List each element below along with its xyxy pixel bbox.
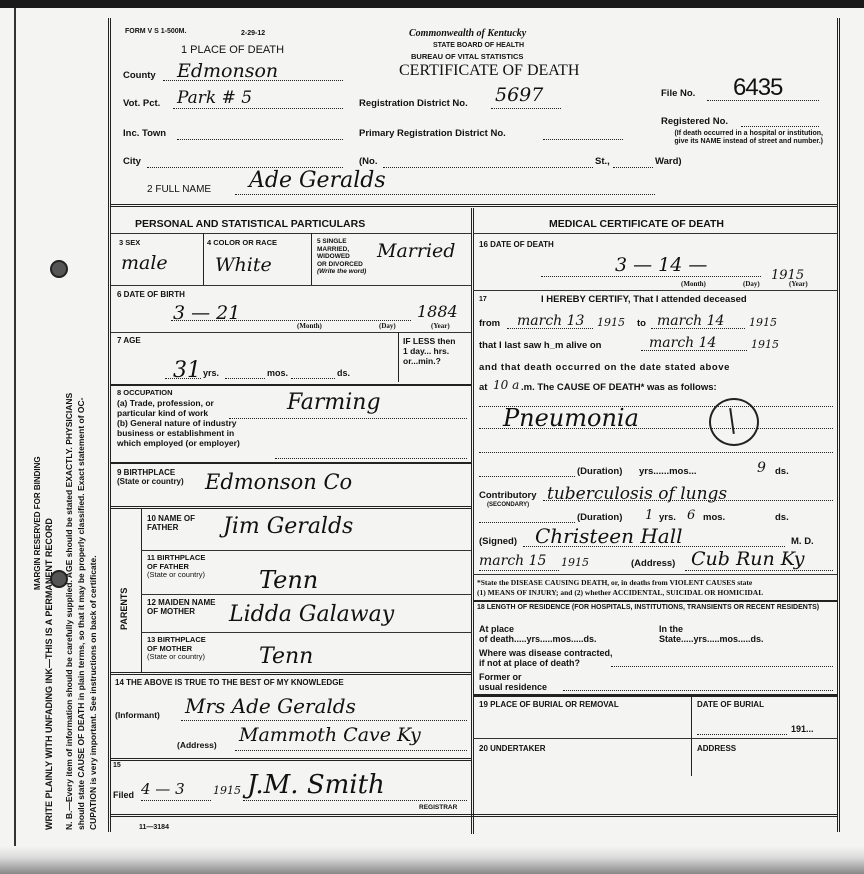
full-name-field[interactable]: Ade Geralds xyxy=(235,168,655,195)
divider xyxy=(141,550,471,551)
registration-district-field[interactable]: 5697 xyxy=(491,84,561,109)
divider xyxy=(111,384,471,386)
age-label: 7 AGE xyxy=(117,336,141,345)
occupation-a-line: particular kind of work xyxy=(117,408,240,418)
sex-label: 3 SEX xyxy=(119,238,140,247)
scan-page-edge xyxy=(14,8,16,848)
divider xyxy=(111,233,471,234)
filed-date-value: 4 — 3 xyxy=(141,780,185,798)
ds-label: ds. xyxy=(775,466,789,477)
margin-note-1: N. B.—Every item of information should b… xyxy=(64,393,75,830)
if-less-line: or...min.? xyxy=(403,356,455,366)
burial-date-field[interactable] xyxy=(697,726,787,735)
former-residence-field[interactable] xyxy=(563,682,833,691)
filed-number: 15 xyxy=(113,762,121,769)
at-place-label: At place of death.....yrs.....mos.....ds… xyxy=(479,624,597,644)
contributory-label: Contributory xyxy=(479,490,537,501)
label-line: (State or country) xyxy=(147,653,206,662)
mother-birthplace-label: 13 BIRTHPLACE OF MOTHER (State or countr… xyxy=(147,636,206,662)
street-label: St., xyxy=(595,156,610,167)
age-value: 31 xyxy=(173,358,201,383)
last-saw-value: march 14 xyxy=(649,335,716,351)
birthplace-sub: (State or country) xyxy=(117,477,184,486)
informant-field[interactable]: Mrs Ade Geralds xyxy=(181,694,467,721)
yrs-label: yrs. xyxy=(203,368,219,378)
full-name-label: 2 FULL NAME xyxy=(147,184,211,195)
footnote-line-1: *State the DISEASE CAUSING DEATH, or, in… xyxy=(477,578,752,587)
signed-year: 1915 xyxy=(561,556,589,569)
dod-label: 16 DATE OF DEATH xyxy=(479,240,554,249)
file-no-label: File No. xyxy=(661,88,695,99)
label-line: In the xyxy=(659,624,764,634)
year-caption: (Year) xyxy=(789,280,808,288)
label-line: FATHER xyxy=(147,523,195,532)
if-less-label: IF LESS then 1 day... hrs. or...min.? xyxy=(403,336,455,366)
label-line: (State or country) xyxy=(147,571,205,580)
county-label: County xyxy=(123,70,156,81)
label-line: OF MOTHER xyxy=(147,607,215,616)
duration-2-months[interactable]: 6 xyxy=(687,508,695,523)
file-no-value: 6435 xyxy=(733,74,782,101)
divider xyxy=(311,233,312,285)
divider xyxy=(111,672,471,675)
divider xyxy=(111,506,471,509)
marital-label-line: OR DIVORCED xyxy=(317,261,366,269)
yrs-label: yrs. xyxy=(659,512,676,523)
registered-no-label: Registered No. xyxy=(661,116,728,127)
physician-address-field[interactable]: Cub Run Ky xyxy=(685,548,833,571)
ds-label: ds. xyxy=(775,512,789,523)
informant-address-value: Mammoth Cave Ky xyxy=(239,724,421,746)
registration-district-value: 5697 xyxy=(495,84,543,106)
label-line: State.....yrs.....mos.....ds. xyxy=(659,634,764,644)
form-date: 2-29-12 xyxy=(241,30,265,37)
mother-name-label: 12 MAIDEN NAME OF MOTHER xyxy=(147,598,215,616)
label-line: of death.....yrs.....mos.....ds. xyxy=(479,634,597,644)
contributory-field[interactable]: tuberculosis of lungs xyxy=(543,484,833,501)
dob-year[interactable]: 1884 xyxy=(417,302,458,321)
dob-value: 3 — 21 xyxy=(173,302,240,324)
ds-label: ds. xyxy=(337,368,350,378)
margin-write-plainly: WRITE PLAINLY WITH UNFADING INK—THIS IS … xyxy=(44,518,55,830)
filed-label: Filed xyxy=(113,790,134,800)
certify-number: 17 xyxy=(479,296,487,303)
medical-section-title: MEDICAL CERTIFICATE OF DEATH xyxy=(549,218,724,230)
circled-mark-icon xyxy=(709,398,759,446)
father-birthplace-value[interactable]: Tenn xyxy=(259,566,318,594)
parents-label: PARENTS xyxy=(119,588,130,630)
signature-field[interactable]: Christeen Hall xyxy=(523,524,785,547)
occupation-label: 8 OCCUPATION (a) Trade, profession, or p… xyxy=(117,388,240,448)
race-value[interactable]: White xyxy=(215,254,272,276)
in-state-label: In the State.....yrs.....mos.....ds. xyxy=(659,624,764,644)
year-caption: (Year) xyxy=(431,322,450,330)
last-saw-label: that I last saw h_m alive on xyxy=(479,340,601,351)
hospital-note: (If death occurred in a hospital or inst… xyxy=(663,130,823,146)
age-months-field[interactable] xyxy=(225,368,265,379)
margin-note-3: CUPATION is very important. See instruct… xyxy=(88,555,99,830)
registered-no-field[interactable] xyxy=(741,114,819,127)
divider xyxy=(111,758,471,761)
birthplace-heading: 9 BIRTHPLACE xyxy=(117,468,184,477)
occupation-a-line: (a) Trade, profession, or xyxy=(117,398,240,408)
divider xyxy=(141,508,142,672)
divider xyxy=(141,594,471,595)
registrar-label: REGISTRAR xyxy=(419,804,457,811)
label-line: 12 MAIDEN NAME xyxy=(147,598,215,607)
death-certificate-form: FORM V S 1-500M. 2-29-12 1 PLACE OF DEAT… xyxy=(108,18,840,832)
marital-label-line: WIDOWED xyxy=(317,253,366,261)
duration-label: (Duration) xyxy=(577,512,622,523)
divider xyxy=(473,738,837,739)
commonwealth-heading: Commonwealth of Kentucky xyxy=(409,28,526,39)
informant-value: Mrs Ade Geralds xyxy=(185,694,356,718)
label-line: At place xyxy=(479,624,597,634)
to-value: march 14 xyxy=(657,313,724,329)
at-label: at xyxy=(479,382,487,393)
header-divider xyxy=(111,204,837,207)
md-label: M. D. xyxy=(791,536,814,547)
marital-status-label: 5 SINGLE MARRIED, WIDOWED OR DIVORCED (W… xyxy=(317,238,366,276)
occupation-b-line: (b) General nature of industry xyxy=(117,418,240,428)
divider xyxy=(473,290,837,291)
divider xyxy=(473,600,837,602)
burial-year: 191... xyxy=(791,724,814,734)
primary-district-field[interactable] xyxy=(543,128,623,140)
birthplace-label: 9 BIRTHPLACE (State or country) xyxy=(117,468,184,486)
column-divider xyxy=(471,208,474,834)
divider xyxy=(111,462,471,464)
occupation-b-line: which employed (or employer) xyxy=(117,438,240,448)
contributory-value: tuberculosis of lungs xyxy=(547,484,727,504)
inc-town-label: Inc. Town xyxy=(123,128,166,139)
registrar-field[interactable]: J.M. Smith xyxy=(243,770,467,801)
ward-label: Ward) xyxy=(655,156,682,167)
mother-name-value[interactable]: Lidda Galaway xyxy=(229,602,394,627)
vot-pct-label: Vot. Pct. xyxy=(123,98,160,109)
physician-address-value: Cub Run Ky xyxy=(691,548,805,570)
contracted-field[interactable] xyxy=(611,658,833,667)
day-caption: (Day) xyxy=(379,322,396,330)
father-name-value[interactable]: Jim Geralds xyxy=(223,514,353,539)
street-no-label: (No. xyxy=(359,156,377,167)
binding-hole-icon xyxy=(50,260,68,278)
informant-address-field[interactable]: Mammoth Cave Ky xyxy=(235,724,467,751)
secondary-label: (SECONDARY) xyxy=(487,502,529,508)
margin-note-2: should state CAUSE OF DEATH in plain ter… xyxy=(76,398,87,831)
label-line: usual residence xyxy=(479,682,547,692)
place-of-death-label: 1 PLACE OF DEATH xyxy=(181,44,284,56)
occupation-heading: 8 OCCUPATION xyxy=(117,388,240,398)
month-caption: (Month) xyxy=(681,280,706,288)
occupation-b-line: business or establishment in xyxy=(117,428,240,438)
divider xyxy=(111,814,837,817)
inc-town-field[interactable] xyxy=(177,128,343,140)
county-value: Edmonson xyxy=(177,60,278,82)
marital-status-value[interactable]: Married xyxy=(377,240,455,262)
from-label: from xyxy=(479,318,500,329)
divider xyxy=(473,574,837,575)
marital-label-line: MARRIED, xyxy=(317,246,366,254)
occupation-value: Farming xyxy=(287,390,381,415)
undertaker-label: 20 UNDERTAKER xyxy=(479,744,546,753)
age-days-field[interactable] xyxy=(291,368,335,379)
ward-field[interactable] xyxy=(613,156,653,168)
registrar-signature: J.M. Smith xyxy=(247,770,385,800)
signed-date-value: march 15 xyxy=(479,553,546,569)
label-line: 10 NAME OF xyxy=(147,514,195,523)
dod-field[interactable]: 3 — 14 — xyxy=(541,254,761,277)
duration-label: (Duration) xyxy=(577,466,622,477)
dob-label: 6 DATE OF BIRTH xyxy=(117,290,185,299)
undertaker-field[interactable] xyxy=(479,758,689,774)
burial-date-label: DATE OF BURIAL xyxy=(697,700,764,709)
bureau-heading: BUREAU OF VITAL STATISTICS xyxy=(411,52,523,61)
informant-title: 14 THE ABOVE IS TRUE TO THE BEST OF MY K… xyxy=(115,678,344,687)
divider xyxy=(111,332,471,333)
primary-district-label: Primary Registration District No. xyxy=(359,128,506,139)
from-value: march 13 xyxy=(517,313,584,329)
undertaker-address-label: ADDRESS xyxy=(697,744,736,753)
race-label: 4 COLOR OR RACE xyxy=(207,238,277,247)
city-field[interactable] xyxy=(147,156,343,168)
divider xyxy=(691,696,692,776)
binding-hole-icon xyxy=(50,570,68,588)
personal-section-title: PERSONAL AND STATISTICAL PARTICULARS xyxy=(135,218,365,230)
from-field[interactable]: march 13 xyxy=(507,312,593,329)
to-field[interactable]: march 14 xyxy=(651,312,745,329)
burial-place-label: 19 PLACE OF BURIAL OR REMOVAL xyxy=(479,700,619,709)
from-year: 1915 xyxy=(597,316,625,329)
divider xyxy=(473,233,837,234)
last-saw-field[interactable]: march 14 xyxy=(641,334,747,351)
divider xyxy=(398,332,399,382)
certificate-title: CERTIFICATE OF DEATH xyxy=(399,62,579,80)
duration-1-text: yrs......mos... xyxy=(639,466,697,477)
street-no-field[interactable] xyxy=(383,156,593,168)
divider xyxy=(111,285,471,286)
mos-label: mos. xyxy=(703,512,725,523)
vot-pct-value: Park # 5 xyxy=(177,88,252,108)
if-less-line: IF LESS then xyxy=(403,336,455,346)
undertaker-address-field[interactable] xyxy=(697,758,833,774)
mother-birthplace-value[interactable]: Tenn xyxy=(259,644,313,669)
form-number: 11—3184 xyxy=(139,824,169,831)
time-value[interactable]: 10 a xyxy=(493,378,519,392)
to-year: 1915 xyxy=(749,316,777,329)
cause-of-death-label: .m. The CAUSE OF DEATH* was as follows: xyxy=(521,382,717,393)
margin-reserved-text: MARGIN RESERVED FOR BINDING xyxy=(32,456,43,590)
physician-address-label: (Address) xyxy=(631,558,675,569)
form-code: FORM V S 1-500M. xyxy=(125,28,186,35)
county-field[interactable]: Edmonson xyxy=(163,60,343,81)
divider xyxy=(203,233,204,285)
residence-title: 18 LENGTH OF RESIDENCE (FOR HOSPITALS, I… xyxy=(477,604,833,613)
footnote-line-2: (1) MEANS OF INJURY; and (2) whether ACC… xyxy=(477,588,763,597)
marital-label-line: (Write the word) xyxy=(317,268,366,276)
certify-text: I HEREBY CERTIFY, That I attended deceas… xyxy=(541,294,747,305)
occupation-b-field[interactable] xyxy=(275,448,467,459)
label-line: Former or xyxy=(479,672,547,682)
label-line: Where was disease contracted, xyxy=(479,648,613,658)
age-years-field[interactable]: 31 xyxy=(165,358,201,379)
scan-top-edge xyxy=(0,0,864,8)
father-name-label: 10 NAME OF FATHER xyxy=(147,514,195,532)
scan-bottom-edge xyxy=(0,846,864,874)
leader-dots xyxy=(479,516,575,523)
mos-label: mos. xyxy=(267,368,288,378)
father-birthplace-label: 11 BIRTHPLACE OF FATHER (State or countr… xyxy=(147,554,205,580)
filed-year: 1915 xyxy=(213,784,241,797)
informant-label: (Informant) xyxy=(115,710,160,720)
leader-dots xyxy=(479,470,575,477)
day-caption: (Day) xyxy=(743,280,760,288)
full-name-value: Ade Geralds xyxy=(249,168,386,193)
board-heading: STATE BOARD OF HEALTH xyxy=(433,42,524,49)
physician-signature: Christeen Hall xyxy=(535,524,683,548)
duration-1-days[interactable]: 9 xyxy=(757,460,766,476)
vot-pct-field[interactable]: Park # 5 xyxy=(173,88,343,109)
duration-2-years[interactable]: 1 xyxy=(645,508,653,523)
filed-date-field[interactable]: 4 — 3 xyxy=(141,780,211,801)
binding-margin: MARGIN RESERVED FOR BINDING WRITE PLAINL… xyxy=(20,30,100,840)
informant-address-label: (Address) xyxy=(177,740,217,750)
marital-label-line: 5 SINGLE xyxy=(317,238,366,246)
death-occurred-text: and that death occurred on the date stat… xyxy=(479,362,730,373)
label-line: if not at place of death? xyxy=(479,658,613,668)
signed-date-field[interactable]: march 15 xyxy=(479,552,559,571)
month-caption: (Month) xyxy=(297,322,322,330)
dob-field[interactable]: 3 — 21 xyxy=(171,302,411,321)
signed-label: (Signed) xyxy=(479,536,517,547)
divider xyxy=(141,632,471,633)
divider xyxy=(473,694,837,697)
city-label: City xyxy=(123,156,141,167)
dod-value: 3 — 14 — xyxy=(615,254,707,276)
registration-district-label: Registration District No. xyxy=(359,98,468,109)
to-label: to xyxy=(637,318,646,329)
file-no-field[interactable]: 6435 xyxy=(707,74,819,101)
sex-value[interactable]: male xyxy=(121,252,168,274)
cause-line-3[interactable] xyxy=(479,448,833,453)
former-residence-label: Former or usual residence xyxy=(479,672,547,692)
if-less-line: 1 day... hrs. xyxy=(403,346,455,356)
birthplace-value[interactable]: Edmonson Co xyxy=(205,470,352,494)
last-saw-year: 1915 xyxy=(751,338,779,351)
contracted-label: Where was disease contracted, if not at … xyxy=(479,648,613,668)
cause-value[interactable]: Pneumonia xyxy=(503,404,639,432)
